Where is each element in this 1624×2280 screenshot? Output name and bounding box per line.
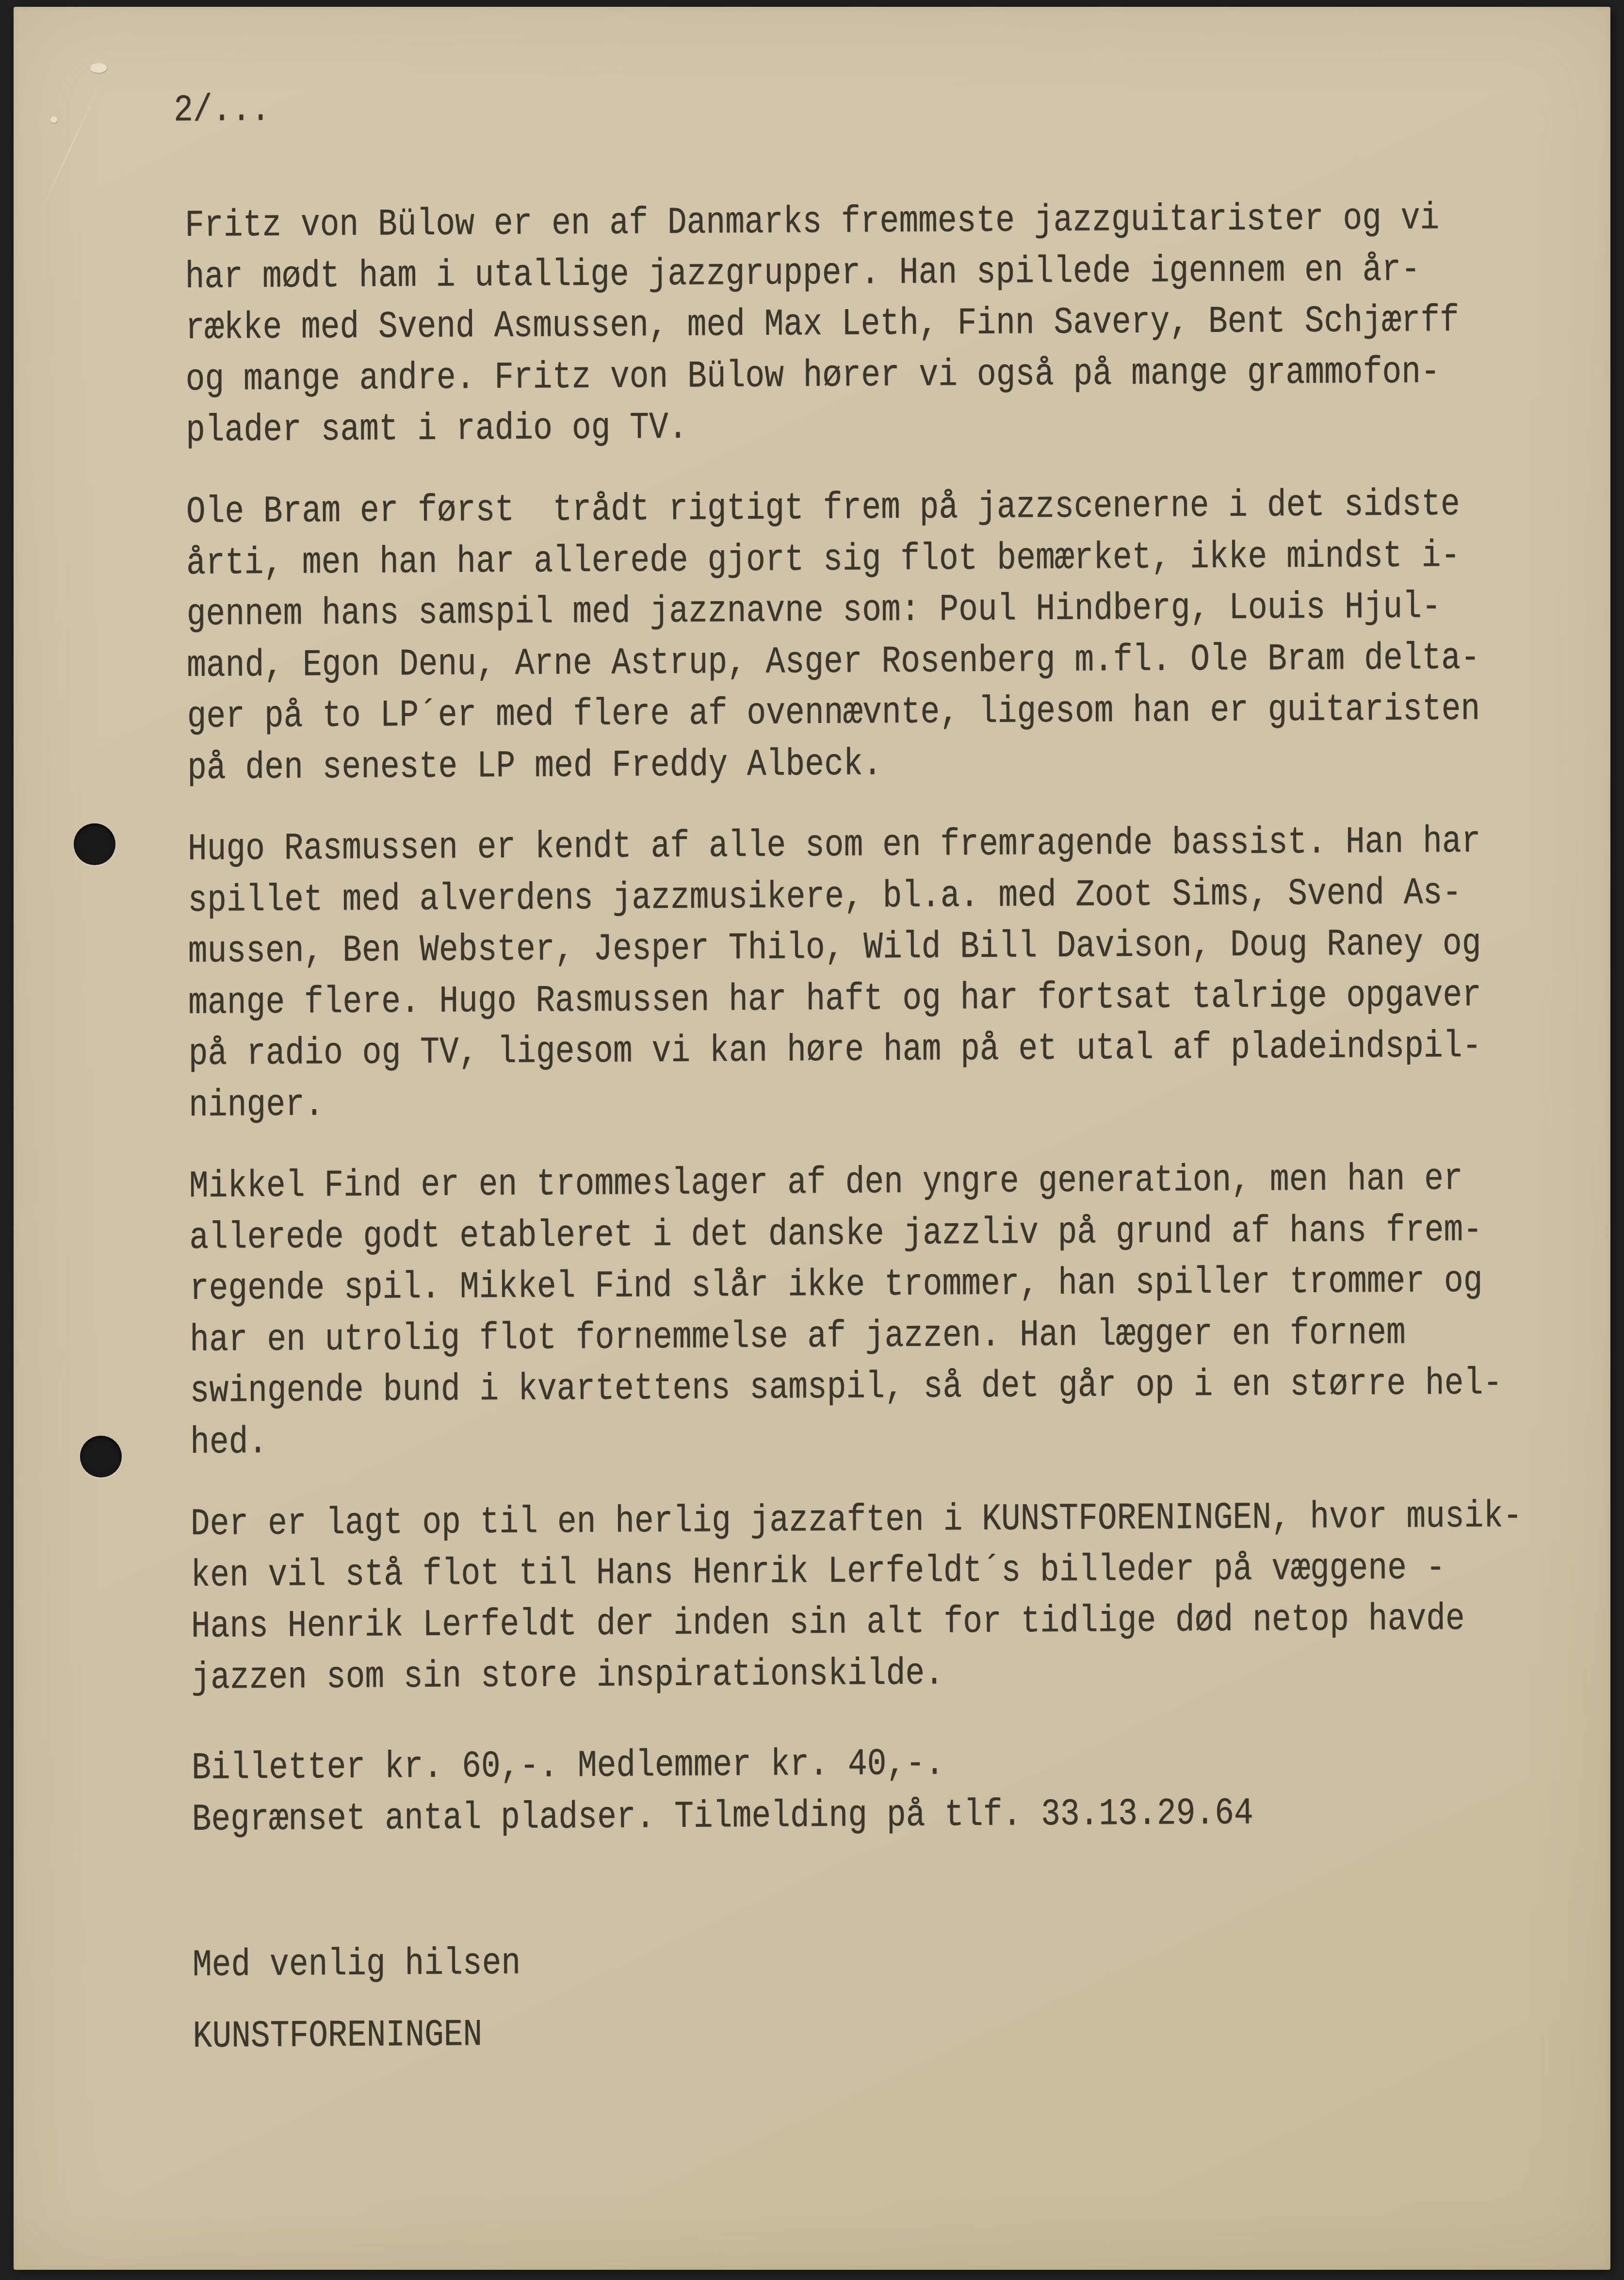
closing-signature: KUNSTFORENINGEN [193, 2001, 1624, 2063]
text-line: regende spil. Mikkel Find slår ikke trom… [190, 1254, 1624, 1315]
text-line: årti, men han har allerede gjort sig flo… [186, 528, 1624, 590]
text-line: og mange andre. Fritz von Bülow hører vi… [185, 344, 1624, 406]
scan-background: 2/... Fritz von Bülow er en af Danmarks … [0, 0, 1624, 2280]
text-line: spillet med alverdens jazzmusikere, bl.a… [188, 866, 1624, 927]
text-line: på den seneste LP med Freddy Albeck. [187, 733, 1624, 794]
text-line: på radio og TV, ligesom vi kan høre ham … [188, 1019, 1624, 1080]
text-line: swingende bund i kvartettens samspil, så… [190, 1356, 1624, 1417]
text-line: ninger. [189, 1070, 1624, 1132]
text-line: mand, Egon Denu, Arne Astrup, Asger Rose… [187, 631, 1624, 692]
closing-salutation: Med venlig hilsen [193, 1930, 1624, 1991]
text-line: allerede godt etableret i det danske jaz… [189, 1203, 1624, 1264]
text-line: Begrænset antal pladser. Tilmelding på t… [192, 1785, 1624, 1846]
text-line: Fritz von Bülow er en af Danmarks fremme… [185, 191, 1624, 252]
text-line: har mødt ham i utallige jazzgrupper. Han… [185, 242, 1624, 303]
paragraph-hugo-rasmussen: Hugo Rasmussen er kendt af alle som en f… [188, 814, 1624, 1132]
paragraph-fritz-von-bulow: Fritz von Bülow er en af Danmarks fremme… [185, 191, 1624, 457]
text-line: plader samt i radio og TV. [186, 395, 1624, 457]
text-line: gennem hans samspil med jazznavne som: P… [187, 579, 1624, 640]
paragraph-mikkel-find: Mikkel Find er en trommeslager af den yn… [189, 1151, 1624, 1469]
page-number-header: 2/... [174, 75, 1624, 136]
paragraph-ole-bram: Ole Bram er først trådt rigtigt frem på … [186, 477, 1624, 794]
typewritten-text: 2/... Fritz von Bülow er en af Danmarks … [0, 0, 1624, 2280]
text-line: jazzen som sin store inspirationskilde. [191, 1643, 1624, 1704]
text-line: mange flere. Hugo Rasmussen har haft og … [188, 968, 1624, 1029]
ticket-info: Billetter kr. 60,-. Medlemmer kr. 40,-.B… [192, 1733, 1624, 1846]
text-line: Hans Henrik Lerfeldt der inden sin alt f… [191, 1591, 1624, 1653]
text-line: Mikkel Find er en trommeslager af den yn… [189, 1151, 1624, 1213]
text-line: hed. [190, 1408, 1624, 1469]
text-line: Ole Bram er først trådt rigtigt frem på … [186, 477, 1624, 538]
text-line: ken vil stå flot til Hans Henrik Lerfeld… [191, 1541, 1624, 1602]
text-line: Billetter kr. 60,-. Medlemmer kr. 40,-. [192, 1733, 1624, 1794]
text-line: ger på to LP´er med flere af ovennævnte,… [187, 682, 1624, 743]
text-line: Hugo Rasmussen er kendt af alle som en f… [188, 814, 1624, 875]
paragraph-jazz-evening: Der er lagt op til en herlig jazzaften i… [191, 1489, 1624, 1704]
text-line: række med Svend Asmussen, med Max Leth, … [185, 293, 1624, 354]
text-line: mussen, Ben Webster, Jesper Thilo, Wild … [188, 917, 1624, 978]
text-line: har en utrolig flot fornemmelse af jazze… [190, 1305, 1624, 1366]
text-line: Der er lagt op til en herlig jazzaften i… [191, 1489, 1624, 1550]
